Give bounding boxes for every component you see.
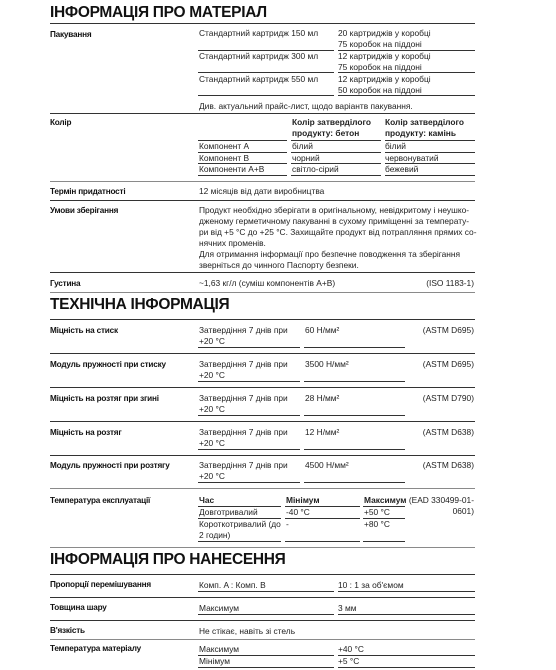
underline bbox=[198, 95, 334, 96]
cure-condition: Затвердіння 7 днів при bbox=[199, 325, 288, 336]
divider bbox=[50, 272, 475, 273]
underline bbox=[198, 541, 281, 542]
divider bbox=[50, 353, 475, 354]
storage-label: Умови зберігання bbox=[50, 206, 118, 215]
material-temp-value: +5 °C bbox=[338, 656, 359, 667]
color-concrete: білий bbox=[292, 141, 313, 152]
service-temp-min: -40 °C bbox=[286, 507, 310, 518]
color-component: Компоненти A+B bbox=[199, 164, 264, 175]
cure-condition-line2: +20 °C bbox=[199, 370, 225, 381]
underline bbox=[198, 614, 334, 615]
color-stone: білий bbox=[385, 141, 406, 152]
underline bbox=[198, 482, 300, 483]
color-component: Компонент A bbox=[199, 141, 249, 152]
mixing-ratio-key: Комп. A : Комп. B bbox=[199, 580, 266, 591]
service-temperature-label: Температура експлуатації bbox=[50, 496, 150, 505]
section-title-technical-info: ТЕХНІЧНА ІНФОРМАЦІЯ bbox=[50, 296, 229, 314]
packaging-qty-box: 12 картриджів у коробці bbox=[338, 74, 431, 85]
underline bbox=[385, 175, 475, 176]
mixing-ratio-value: 10 : 1 за об'ємом bbox=[338, 580, 404, 591]
layer-thickness-key: Максимум bbox=[199, 603, 239, 614]
service-temp-max: +80 °C bbox=[364, 519, 390, 530]
storage-line: нячних променів. bbox=[199, 238, 477, 249]
service-temp-header-min: Мінімум bbox=[286, 495, 320, 506]
underline bbox=[304, 482, 405, 483]
material-temperature-label: Температура матеріалу bbox=[50, 644, 141, 653]
service-temp-max: +50 °C bbox=[364, 507, 390, 518]
divider bbox=[50, 488, 475, 489]
underline bbox=[198, 449, 300, 450]
underline bbox=[338, 95, 475, 96]
property-label: Модуль пружності при розтягу bbox=[50, 461, 170, 470]
layer-thickness-label: Товщина шару bbox=[50, 603, 107, 612]
cure-condition: Затвердіння 7 днів при bbox=[199, 460, 288, 471]
underline bbox=[304, 381, 405, 382]
divider bbox=[50, 113, 475, 114]
cure-condition: Затвердіння 7 днів при bbox=[199, 359, 288, 370]
divider bbox=[50, 547, 475, 548]
service-temp-time: Короткотривалий (до bbox=[199, 519, 281, 530]
underline bbox=[198, 591, 334, 592]
divider bbox=[50, 421, 475, 422]
cure-condition: Затвердіння 7 днів при bbox=[199, 427, 288, 438]
viscosity-value: Не стікає, навіть зі стель bbox=[199, 626, 295, 637]
shelf-life-label: Термін придатності bbox=[50, 187, 125, 196]
underline bbox=[198, 667, 334, 668]
divider bbox=[50, 319, 475, 320]
packaging-qty-pallet: 75 коробок на піддоні bbox=[338, 39, 422, 50]
divider bbox=[50, 597, 475, 598]
packaging-qty-box: 20 картриджів у коробці bbox=[338, 28, 431, 39]
material-temp-key: Максимум bbox=[199, 644, 239, 655]
shelf-life-value: 12 місяців від дати виробництва bbox=[199, 186, 324, 197]
divider bbox=[50, 292, 475, 293]
service-temp-time-line2: 2 годин) bbox=[199, 530, 230, 541]
mixing-ratio-label: Пропорції перемішування bbox=[50, 580, 151, 589]
packaging-label: Пакування bbox=[50, 30, 91, 39]
divider bbox=[50, 620, 475, 621]
divider bbox=[50, 455, 475, 456]
packaging-note: Див. актуальний прайс-лист, щодо варіант… bbox=[199, 101, 413, 112]
property-value: 4500 Н/мм² bbox=[305, 460, 349, 471]
property-label: Міцність на розтяг bbox=[50, 428, 122, 437]
property-value: 12 Н/мм² bbox=[305, 427, 339, 438]
material-temp-value: +40 °C bbox=[338, 644, 364, 655]
underline bbox=[198, 347, 300, 348]
property-label: Модуль пружності при стиску bbox=[50, 360, 166, 369]
color-concrete: світло-сірий bbox=[292, 164, 339, 175]
section-title-application-info: ІНФОРМАЦІЯ ПРО НАНЕСЕННЯ bbox=[50, 551, 286, 569]
divider bbox=[50, 200, 475, 201]
cure-condition-line2: +20 °C bbox=[199, 438, 225, 449]
packaging-item: Стандартний картридж 550 мл bbox=[199, 74, 318, 85]
service-temp-header-time: Час bbox=[199, 495, 214, 506]
color-header-stone-line2: продукту: камінь bbox=[385, 128, 456, 139]
property-label: Міцність на розтяг при згині bbox=[50, 394, 159, 403]
underline bbox=[198, 381, 300, 382]
underline bbox=[285, 541, 360, 542]
section-title-material-info: ІНФОРМАЦІЯ ПРО МАТЕРІАЛ bbox=[50, 4, 267, 22]
divider bbox=[50, 387, 475, 388]
property-standard: (ASTM D695) bbox=[400, 359, 474, 370]
service-temp-time: Довготривалий bbox=[199, 507, 258, 518]
divider bbox=[50, 23, 475, 24]
storage-line: ри від +5 °C до +25 °C. Захищайте продук… bbox=[199, 227, 477, 238]
underline bbox=[291, 175, 381, 176]
property-label: Міцність на стиск bbox=[50, 326, 118, 335]
service-temp-min: - bbox=[286, 519, 289, 530]
underline bbox=[198, 415, 300, 416]
underline bbox=[198, 175, 287, 176]
storage-line: Продукт необхідно зберігати в оригінальн… bbox=[199, 205, 477, 216]
underline bbox=[304, 347, 405, 348]
divider bbox=[50, 639, 475, 640]
underline bbox=[198, 72, 334, 73]
property-value: 60 Н/мм² bbox=[305, 325, 339, 336]
underline bbox=[338, 72, 475, 73]
underline bbox=[338, 614, 475, 615]
underline bbox=[338, 667, 475, 668]
density-standard: (ISO 1183-1) bbox=[400, 278, 474, 289]
color-header-concrete: Колір затверділого bbox=[292, 117, 371, 128]
storage-text: Продукт необхідно зберігати в оригінальн… bbox=[199, 205, 477, 271]
storage-line: зверніться до чинного Паспорту безпеки. bbox=[199, 260, 477, 271]
color-header-concrete-line2: продукту: бетон bbox=[292, 128, 359, 139]
storage-line: дженому герметичному пакуванні в сухому … bbox=[199, 216, 477, 227]
cure-condition-line2: +20 °C bbox=[199, 404, 225, 415]
property-standard: (ASTM D790) bbox=[400, 393, 474, 404]
packaging-item: Стандартний картридж 300 мл bbox=[199, 51, 318, 62]
color-header-stone: Колір затверділого bbox=[385, 117, 464, 128]
layer-thickness-value: 3 мм bbox=[338, 603, 357, 614]
underline bbox=[304, 415, 405, 416]
storage-line: Для отримання інформації про безпечне по… bbox=[199, 249, 477, 260]
cure-condition-line2: +20 °C bbox=[199, 471, 225, 482]
packaging-qty-box: 12 картриджів у коробці bbox=[338, 51, 431, 62]
cure-condition-line2: +20 °C bbox=[199, 336, 225, 347]
service-temp-standard-line2: 0601) bbox=[400, 506, 474, 517]
property-value: 3500 Н/мм² bbox=[305, 359, 349, 370]
underline bbox=[304, 449, 405, 450]
property-value: 28 Н/мм² bbox=[305, 393, 339, 404]
color-stone: бежевий bbox=[385, 164, 418, 175]
property-standard: (ASTM D638) bbox=[400, 460, 474, 471]
underline bbox=[285, 518, 360, 519]
density-label: Густина bbox=[50, 279, 80, 288]
viscosity-label: В'язкість bbox=[50, 626, 85, 635]
underline bbox=[363, 541, 405, 542]
packaging-item: Стандартний картридж 150 мл bbox=[199, 28, 318, 39]
property-standard: (ASTM D695) bbox=[400, 325, 474, 336]
density-value: ~1,63 кг/л (суміш компонентів A+B) bbox=[199, 278, 335, 289]
service-temp-standard: (EAD 330499-01- bbox=[400, 495, 474, 506]
property-standard: (ASTM D638) bbox=[400, 427, 474, 438]
divider bbox=[50, 181, 475, 182]
cure-condition: Затвердіння 7 днів при bbox=[199, 393, 288, 404]
material-temp-key: Мінімум bbox=[199, 656, 230, 667]
color-label: Колір bbox=[50, 118, 71, 127]
divider bbox=[50, 574, 475, 575]
underline bbox=[338, 591, 475, 592]
